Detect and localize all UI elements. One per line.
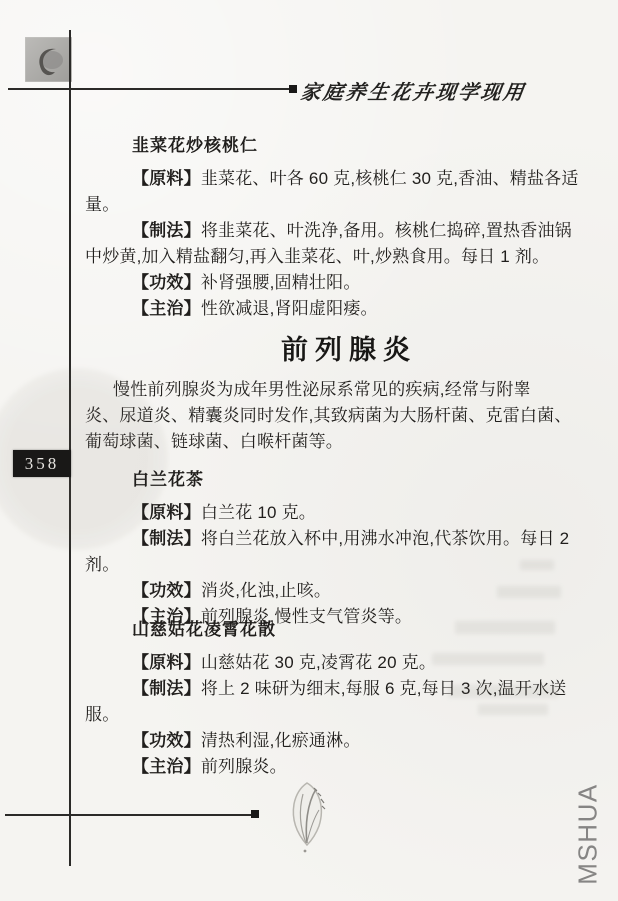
page-number: 358 (25, 454, 60, 474)
ingredients-label: 【原料】 (132, 169, 201, 188)
recipe-shancigu-lingxiao-powder: 山慈姑花凌霄花散 【原料】山慈姑花 30 克,凌霄花 20 克。 【制法】将上 … (85, 617, 585, 780)
method-label: 【制法】 (132, 679, 201, 698)
leaf-stamp-icon (25, 37, 72, 82)
effect-text: 消炎,化浊,止咳。 (201, 581, 331, 600)
recipe-indication: 【主治】性欲减退,肾阳虚阳痿。 (85, 296, 585, 322)
ingredients-text: 白兰花 10 克。 (201, 503, 316, 522)
ingredients-label: 【原料】 (132, 653, 201, 672)
ingredients-label: 【原料】 (132, 503, 201, 522)
effect-label: 【功效】 (132, 731, 201, 750)
header-rule (8, 88, 289, 90)
recipe-effect: 【功效】清热利湿,化瘀通淋。 (85, 728, 585, 754)
bleedthrough-mark (432, 653, 544, 665)
indication-text: 前列腺炎。 (201, 757, 287, 776)
bleedthrough-mark (448, 685, 558, 698)
header-square-bullet (289, 85, 297, 93)
recipe-method: 【制法】将白兰花放入杯中,用沸水冲泡,代茶饮用。每日 2 剂。 (85, 526, 585, 578)
recipe-method: 【制法】将韭菜花、叶洗净,备用。核桃仁捣碎,置热香油锅 中炒黄,加入精盐翻匀,再… (85, 218, 585, 270)
effect-text: 补肾强腰,固精壮阳。 (201, 273, 361, 292)
effect-label: 【功效】 (132, 273, 201, 292)
bleedthrough-mark (497, 586, 561, 598)
recipe-ingredients: 【原料】韭菜花、叶各 60 克,核桃仁 30 克,香油、精盐各适 量。 (85, 166, 585, 218)
mshua-watermark: MSHUA (573, 783, 604, 884)
recipe-method: 【制法】将上 2 味研为细末,每服 6 克,每日 3 次,温开水送 服。 (85, 676, 585, 728)
recipe-bailanhua-tea: 白兰花茶 【原料】白兰花 10 克。 【制法】将白兰花放入杯中,用沸水冲泡,代茶… (85, 467, 585, 630)
ingredients-text: 山慈姑花 30 克,凌霄花 20 克。 (201, 653, 436, 672)
indication-label: 【主治】 (132, 757, 201, 776)
method-label: 【制法】 (132, 529, 201, 548)
indication-label: 【主治】 (132, 299, 201, 318)
section-heading-prostatitis: 前列腺炎 (111, 331, 587, 369)
method-label: 【制法】 (132, 221, 201, 240)
effect-text: 清热利湿,化瘀通淋。 (201, 731, 361, 750)
running-head-book-title: 家庭养生花卉现学现用 (299, 76, 528, 105)
recipe-effect: 【功效】补肾强腰,固精壮阳。 (85, 270, 585, 296)
indication-text: 性欲减退,肾阳虚阳痿。 (201, 299, 378, 318)
recipe-jiucaihua: 韭菜花炒核桃仁 【原料】韭菜花、叶各 60 克,核桃仁 30 克,香油、精盐各适… (85, 133, 585, 322)
footer-square-bullet (251, 810, 259, 818)
leaf-icon (286, 780, 328, 859)
scanned-book-page: 家庭养生花卉现学现用 韭菜花炒核桃仁 【原料】韭菜花、叶各 60 克,核桃仁 3… (0, 0, 618, 901)
recipe-ingredients: 【原料】白兰花 10 克。 (85, 500, 585, 526)
recipe-title: 白兰花茶 (132, 467, 585, 493)
effect-label: 【功效】 (132, 581, 201, 600)
bleedthrough-mark (520, 560, 554, 570)
bleedthrough-mark (455, 621, 555, 634)
recipe-title: 韭菜花炒核桃仁 (132, 133, 585, 159)
footer-rule (5, 814, 253, 816)
page-number-box: 358 (13, 450, 71, 477)
recipe-indication: 【主治】前列腺炎。 (85, 754, 585, 780)
bleedthrough-mark (478, 704, 548, 715)
